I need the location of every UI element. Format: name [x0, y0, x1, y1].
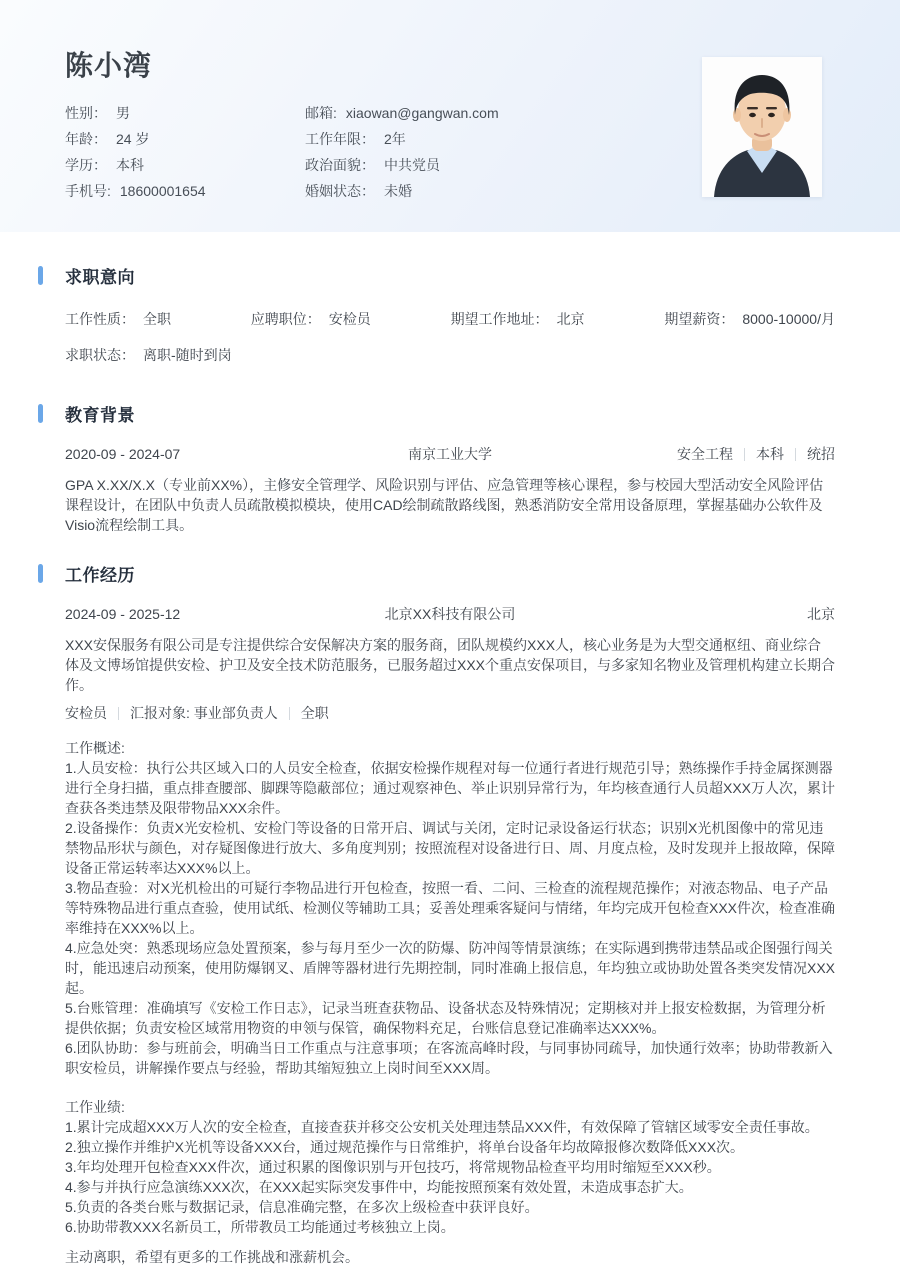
section-work-experience: 工作经历 2024-09 - 2025-12 北京XX科技有限公司 北京 XXX… [65, 563, 835, 1267]
work-location: 北京 [515, 604, 835, 624]
info-label: 性别： [65, 100, 107, 126]
achievement-item: 5.负责的各类台账与数据记录，信息准确完整，在多次上级检查中获评良好。 [65, 1197, 835, 1217]
overview-item: 2.设备操作：负责X光安检机、安检门等设备的日常开启、调试与关闭，定时记录设备运… [65, 818, 835, 878]
section-title: 求职意向 [65, 263, 135, 288]
work-meta: 安检员 汇报对象: 事业部负责人 全职 [65, 703, 835, 723]
intent-value: 北京 [557, 311, 585, 327]
section-marker-bar [38, 564, 43, 583]
work-company: 北京XX科技有限公司 [385, 604, 516, 624]
info-row-experience-years: 工作年限： 2年 [305, 126, 499, 152]
info-value: xiaowan@gangwan.com [346, 100, 499, 126]
intent-field-location: 期望工作地址：北京 [451, 309, 585, 329]
achievement-item: 1.累计完成超XXX万人次的安全检查，直接查获并移交公安机关处理违禁品XXX件，… [65, 1117, 835, 1137]
leave-note: 主动离职，希望有更多的工作挑战和涨薪机会。 [65, 1247, 835, 1267]
info-row-political-status: 政治面貌： 中共党员 [305, 152, 499, 178]
info-value: 中共党员 [384, 152, 440, 178]
section-header: 教育背景 [65, 403, 835, 423]
achievement-item: 2.独立操作并维护X光机等设备XXX台，通过规范操作与日常维护，将单台设备年均故… [65, 1137, 835, 1157]
intent-value: 全职 [143, 311, 171, 327]
info-label: 工作年限： [305, 126, 375, 152]
section-education: 教育背景 2020-09 - 2024-07 南京工业大学 安全工程 本科 统招… [65, 403, 835, 535]
section-title: 教育背景 [65, 401, 135, 426]
intent-label: 期望薪资： [664, 311, 734, 327]
overview-item: 3.物品查验：对X光机检出的可疑行李物品进行开包检查，按照一看、二问、三检查的流… [65, 878, 835, 938]
info-label: 手机号: [65, 178, 111, 204]
info-row-email: 邮箱: xiaowan@gangwan.com [305, 100, 499, 126]
education-description: GPA X.XX/X.X（专业前XX%），主修安全管理学、风险识别与评估、应急管… [65, 475, 835, 535]
info-label: 邮箱: [305, 100, 337, 126]
work-period: 2024-09 - 2025-12 [65, 604, 385, 624]
intent-field-position: 应聘职位：安检员 [251, 309, 371, 329]
intent-label: 期望工作地址： [451, 311, 549, 327]
meta-report-to: 汇报对象: 事业部负责人 [130, 703, 278, 723]
info-row-age: 年龄： 24 岁 [65, 126, 305, 152]
intent-label: 应聘职位： [251, 311, 321, 327]
overview-item: 4.应急处突：熟悉现场应急处置预案，参与每月至少一次的防爆、防冲闯等情景演练；在… [65, 938, 835, 998]
basic-info-left-column: 性别： 男 年龄： 24 岁 学历： 本科 手机号: 18600001654 [65, 100, 305, 204]
overview-item: 5.台账管理：准确填写《安检工作日志》，记录当班查获物品、设备状态及特殊情况；定… [65, 998, 835, 1038]
info-value: 24 岁 [116, 126, 149, 152]
company-intro: XXX安保服务有限公司是专注提供综合安保解决方案的服务商，团队规模约XXX人，核… [65, 635, 835, 695]
intent-value: 离职-随时到岗 [143, 347, 232, 363]
resume-header: 陈小湾 性别： 男 年龄： 24 岁 学历： 本科 手机号: 186000016… [0, 0, 900, 232]
meta-job-type: 全职 [301, 703, 329, 723]
resume-body: 求职意向 工作性质：全职 应聘职位：安检员 期望工作地址：北京 期望薪资：800… [0, 265, 900, 1267]
tag-major: 安全工程 [677, 444, 733, 464]
info-value: 本科 [116, 152, 144, 178]
education-period: 2020-09 - 2024-07 [65, 444, 408, 464]
work-overview: 工作概述: 1.人员安检：执行公共区域入口的人员安全检查，依据安检操作规程对每一… [65, 738, 835, 1078]
info-row-phone: 手机号: 18600001654 [65, 178, 305, 204]
achievement-item: 3.年均处理开包检查XXX件次，通过积累的图像识别与开包技巧，将常规物品检查平均… [65, 1157, 835, 1177]
divider [289, 707, 290, 720]
overview-item: 1.人员安检：执行公共区域入口的人员安全检查，依据安检操作规程对每一位通行者进行… [65, 758, 835, 818]
info-label: 婚姻状态： [305, 178, 375, 204]
meta-position: 安检员 [65, 703, 107, 723]
education-row: 2020-09 - 2024-07 南京工业大学 安全工程 本科 统招 [65, 444, 835, 464]
info-value: 未婚 [384, 178, 412, 204]
section-title: 工作经历 [65, 561, 135, 586]
intent-value: 安检员 [329, 311, 371, 327]
intent-field-job-type: 工作性质：全职 [65, 309, 171, 329]
person-avatar-icon [702, 57, 822, 197]
job-intent-fields: 工作性质：全职 应聘职位：安检员 期望工作地址：北京 期望薪资：8000-100… [65, 309, 835, 329]
profile-photo [702, 57, 822, 197]
info-row-gender: 性别： 男 [65, 100, 305, 126]
section-header: 求职意向 [65, 265, 835, 285]
intent-value: 8000-10000/月 [742, 311, 835, 327]
intent-field-status: 求职状态：离职-随时到岗 [65, 347, 232, 363]
section-marker-bar [38, 266, 43, 285]
resume-page: 陈小湾 性别： 男 年龄： 24 岁 学历： 本科 手机号: 186000016… [0, 0, 900, 1267]
work-overview-title: 工作概述: [65, 738, 835, 758]
section-job-intent: 求职意向 工作性质：全职 应聘职位：安检员 期望工作地址：北京 期望薪资：800… [65, 265, 835, 365]
intent-field-salary: 期望薪资：8000-10000/月 [664, 309, 835, 329]
work-row: 2024-09 - 2025-12 北京XX科技有限公司 北京 [65, 604, 835, 624]
divider [795, 448, 796, 461]
divider [118, 707, 119, 720]
info-row-marital-status: 婚姻状态： 未婚 [305, 178, 499, 204]
overview-item: 6.团队协助：参与班前会，明确当日工作重点与注意事项；在客流高峰时段，与同事协同… [65, 1038, 835, 1078]
intent-label: 工作性质： [65, 311, 135, 327]
work-achievements: 工作业绩: 1.累计完成超XXX万人次的安全检查，直接查获并移交公安机关处理违禁… [65, 1097, 835, 1237]
education-school: 南京工业大学 [408, 444, 492, 464]
tag-admission: 统招 [807, 444, 835, 464]
divider [744, 448, 745, 461]
info-label: 政治面貌： [305, 152, 375, 178]
intent-label: 求职状态： [65, 347, 135, 363]
info-row-degree: 学历： 本科 [65, 152, 305, 178]
education-tags: 安全工程 本科 统招 [492, 444, 835, 464]
info-value: 2年 [384, 126, 406, 152]
info-label: 年龄： [65, 126, 107, 152]
work-achievements-title: 工作业绩: [65, 1097, 835, 1117]
tag-degree: 本科 [756, 444, 784, 464]
achievement-item: 6.协助带教XXX名新员工，所带教员工均能通过考核独立上岗。 [65, 1217, 835, 1237]
section-marker-bar [38, 404, 43, 423]
info-value: 18600001654 [120, 178, 206, 204]
basic-info-right-column: 邮箱: xiaowan@gangwan.com 工作年限： 2年 政治面貌： 中… [305, 100, 499, 204]
info-label: 学历： [65, 152, 107, 178]
info-value: 男 [116, 100, 130, 126]
achievement-item: 4.参与并执行应急演练XXX次，在XXX起实际突发事件中，均能按照预案有效处置，… [65, 1177, 835, 1197]
job-status-row: 求职状态：离职-随时到岗 [65, 345, 835, 365]
section-header: 工作经历 [65, 563, 835, 583]
